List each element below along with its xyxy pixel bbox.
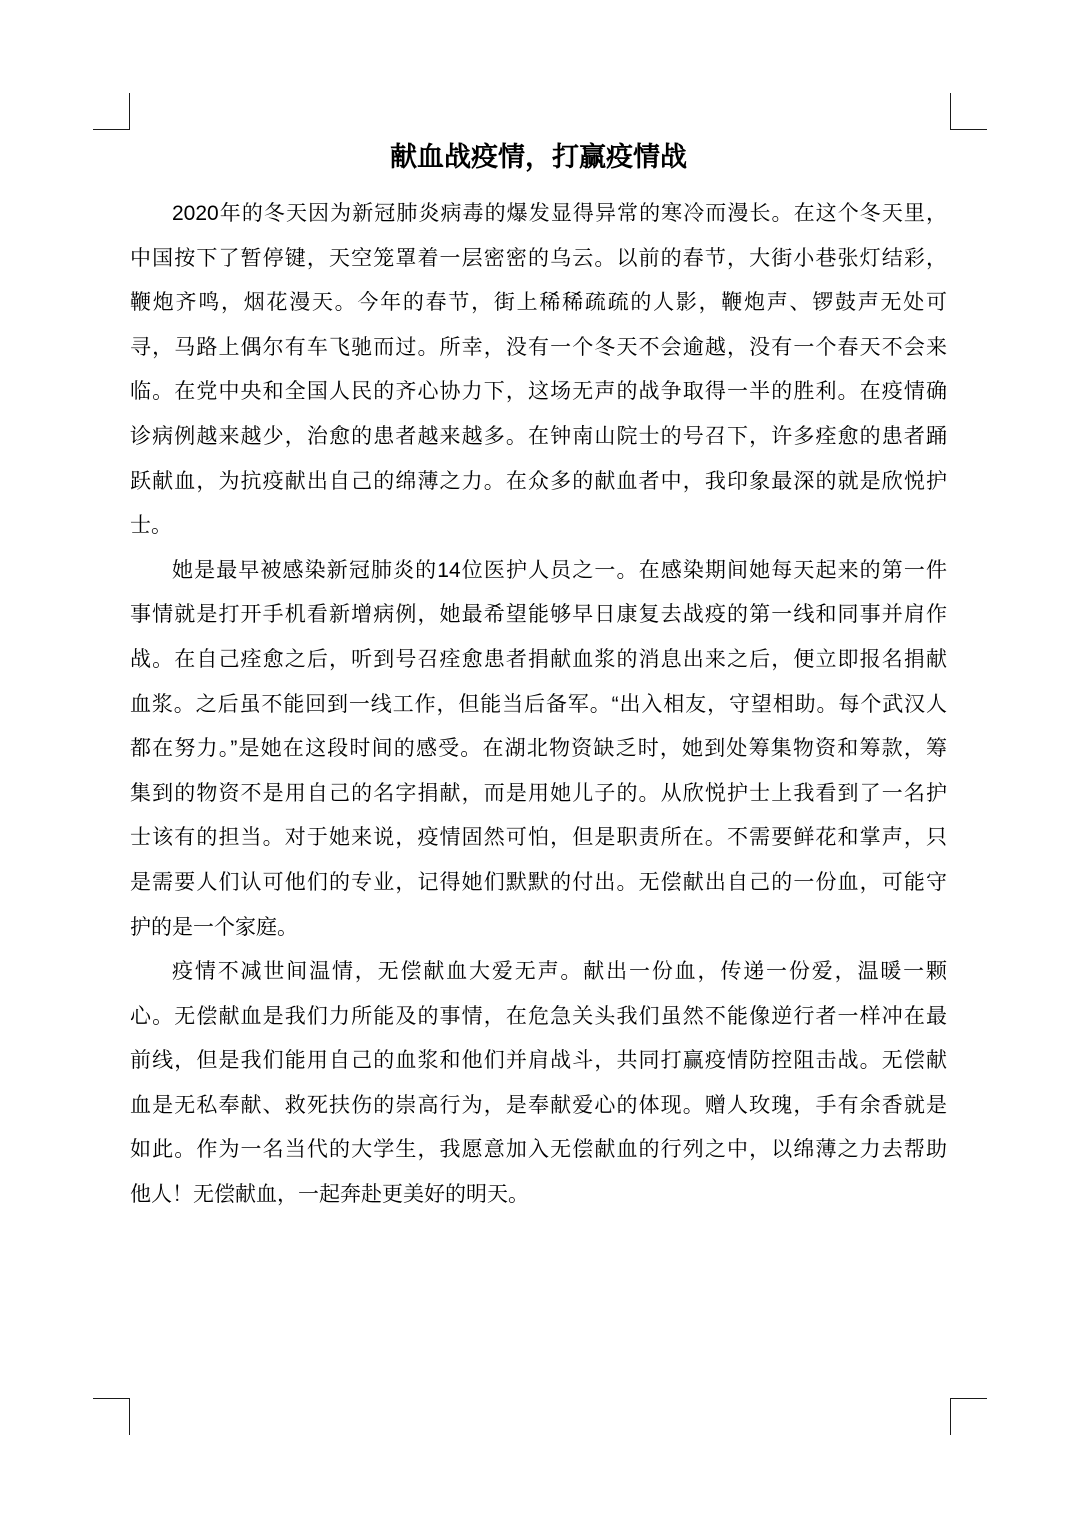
paragraph-2-line-6: 集到的物资不是用自己的名字捐献，而是用她儿子的。从欣悦护士上我看到了一名护: [130, 772, 947, 817]
paragraph-3-line-1: 疫情不减世间温情，无偿献血大爱无声。献出一份血，传递一份爱，温暖一颗: [130, 950, 947, 995]
paragraph-1-line-2: 中国按下了暂停键，天空笼罩着一层密密的乌云。以前的春节，大街小巷张灯结彩，: [130, 237, 947, 282]
document-body: 献血战疫情，打赢疫情战 2020年的冬天因为新冠肺炎病毒的爆发显得异常的寒冷而漫…: [130, 135, 947, 1218]
paragraph-1-line-8: 士。: [130, 504, 947, 549]
paragraph-1-line-5: 临。在党中央和全国人民的齐心协力下，这场无声的战争取得一半的胜利。在疫情确: [130, 370, 947, 415]
paragraph-3-line-3: 前线，但是我们能用自己的血浆和他们并肩战斗，共同打赢疫情防控阻击战。无偿献: [130, 1039, 947, 1084]
paragraph-3-line-6: 他人！无偿献血，一起奔赴更美好的明天。: [130, 1173, 947, 1218]
paragraph-2-line-3: 战。在自己痊愈之后，听到号召痊愈患者捐献血浆的消息出来之后，便立即报名捐献: [130, 638, 947, 683]
crop-mark-bottom-right-icon: [950, 1398, 987, 1435]
crop-mark-top-left-icon: [93, 93, 130, 130]
paragraph-3: 疫情不减世间温情，无偿献血大爱无声。献出一份血，传递一份爱，温暖一颗心。无偿献血…: [130, 950, 947, 1218]
paragraph-2-line-7: 士该有的担当。对于她来说，疫情固然可怕，但是职责所在。不需要鲜花和掌声，只: [130, 816, 947, 861]
paragraph-2-line-5: 都在努力。”是她在这段时间的感受。在湖北物资缺乏时，她到处筹集物资和筹款，筹: [130, 727, 947, 772]
paragraph-1-line-7: 跃献血，为抗疫献出自己的绵薄之力。在众多的献血者中，我印象最深的就是欣悦护: [130, 460, 947, 505]
paragraphs-container: 2020年的冬天因为新冠肺炎病毒的爆发显得异常的寒冷而漫长。在这个冬天里，中国按…: [130, 192, 947, 1218]
paragraph-3-line-5: 如此。作为一名当代的大学生，我愿意加入无偿献血的行列之中，以绵薄之力去帮助: [130, 1128, 947, 1173]
paragraph-2: 她是最早被感染新冠肺炎的14位医护人员之一。在感染期间她每天起来的第一件事情就是…: [130, 549, 947, 950]
paragraph-2-line-4: 血浆。之后虽不能回到一线工作，但能当后备军。“出入相友，守望相助。每个武汉人: [130, 683, 947, 728]
paragraph-1-line-4: 寻，马路上偶尔有车飞驰而过。所幸，没有一个冬天不会逾越，没有一个春天不会来: [130, 326, 947, 371]
paragraph-3-line-2: 心。无偿献血是我们力所能及的事情，在危急关头我们虽然不能像逆行者一样冲在最: [130, 995, 947, 1040]
paragraph-2-line-1: 她是最早被感染新冠肺炎的14位医护人员之一。在感染期间她每天起来的第一件: [130, 549, 947, 594]
paragraph-2-line-2: 事情就是打开手机看新增病例，她最希望能够早日康复去战疫的第一线和同事并肩作: [130, 593, 947, 638]
document-title: 献血战疫情，打赢疫情战: [130, 135, 947, 179]
crop-mark-bottom-left-icon: [93, 1398, 130, 1435]
paragraph-3-line-4: 血是无私奉献、救死扶伤的崇高行为，是奉献爱心的体现。赠人玫瑰，手有余香就是: [130, 1084, 947, 1129]
paragraph-1: 2020年的冬天因为新冠肺炎病毒的爆发显得异常的寒冷而漫长。在这个冬天里，中国按…: [130, 192, 947, 549]
crop-mark-top-right-icon: [950, 93, 987, 130]
paragraph-2-line-8: 是需要人们认可他们的专业，记得她们默默的付出。无偿献出自己的一份血，可能守: [130, 861, 947, 906]
paragraph-1-line-6: 诊病例越来越少，治愈的患者越来越多。在钟南山院士的号召下，许多痊愈的患者踊: [130, 415, 947, 460]
paragraph-1-line-3: 鞭炮齐鸣，烟花漫天。今年的春节，街上稀稀疏疏的人影，鞭炮声、锣鼓声无处可: [130, 281, 947, 326]
paragraph-1-line-1: 2020年的冬天因为新冠肺炎病毒的爆发显得异常的寒冷而漫长。在这个冬天里，: [130, 192, 947, 237]
document-page: 献血战疫情，打赢疫情战 2020年的冬天因为新冠肺炎病毒的爆发显得异常的寒冷而漫…: [0, 0, 1080, 1527]
paragraph-2-line-9: 护的是一个家庭。: [130, 906, 947, 951]
